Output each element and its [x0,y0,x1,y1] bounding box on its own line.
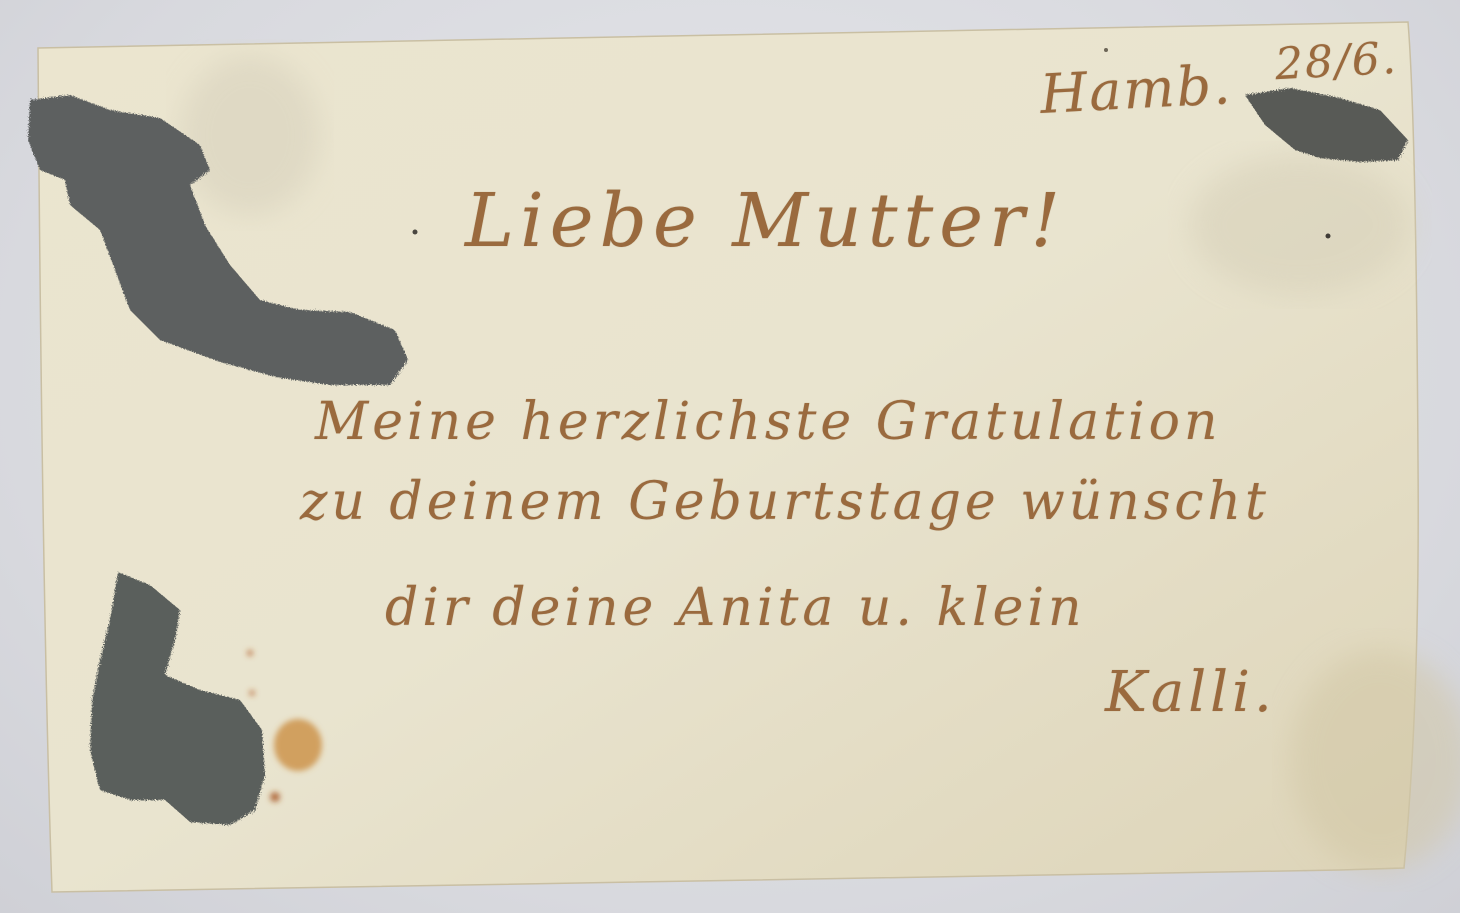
date-header: 28/6. [1274,33,1399,90]
body-line-2: zu deinem Geburtstage wünscht [300,472,1270,532]
place-header: Hamb. [1038,53,1233,126]
salutation: Liebe Mutter! [465,178,1066,264]
signature: Kalli. [1105,660,1276,725]
postcard-paper [0,0,1460,913]
body-line-1: Meine herzlichste Gratulation [315,392,1221,452]
postcard: Hamb. 28/6. Liebe Mutter! Meine herzlich… [0,0,1460,913]
photo-background: Hamb. 28/6. Liebe Mutter! Meine herzlich… [0,0,1460,913]
body-line-3: dir deine Anita u. klein [385,578,1085,638]
